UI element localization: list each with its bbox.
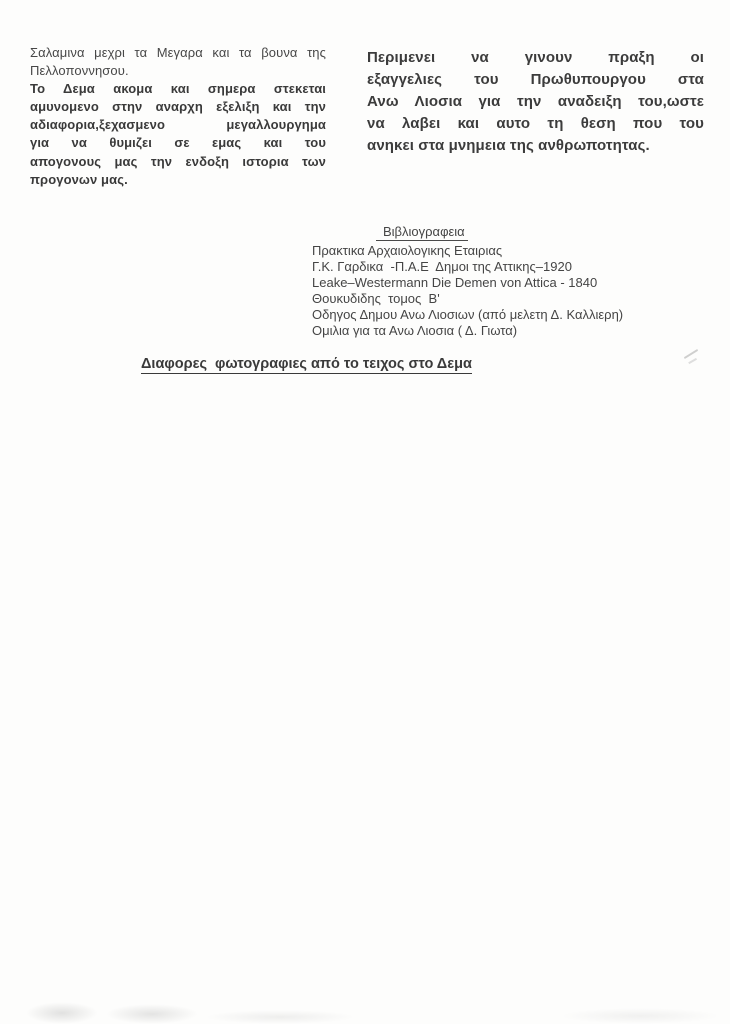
- paragraph-salamina: Σαλαμινα μεχρι τα Μεγαρα και τα βουνα τη…: [30, 44, 326, 80]
- bibliography-heading: Βιβλιογραφεια: [376, 224, 712, 241]
- right-text-column: Περιμενει να γινουν πραξη οι εξαγγελιες …: [367, 47, 704, 157]
- scan-smudge: [205, 1010, 355, 1024]
- left-text-column: Σαλαμινα μεχρι τα Μεγαρα και τα βουνα τη…: [30, 44, 326, 189]
- photos-section-heading-text: Διαφορες φωτογραφιες από το τειχος στο Δ…: [141, 356, 472, 374]
- scan-smudge: [560, 1008, 720, 1024]
- text-line: Ανω Λιοσια για την αναδειξη του,ωστε: [367, 91, 704, 113]
- bibliography-item: Οδηγος Δημου Ανω Λιοσιων (από μελετη Δ. …: [312, 307, 712, 323]
- text-line: Σαλαμινα μεχρι τα Μεγαρα και τα βουνα τη…: [30, 44, 326, 62]
- text-line: αμυνομενο στην αναρχη εξελιξη και την: [30, 98, 326, 116]
- bibliography-item: Θουκυδιδης τομος Β': [312, 291, 712, 307]
- bibliography-item: Ομιλια για τα Ανω Λιοσια ( Δ. Γιωτα): [312, 323, 712, 339]
- text-line: απογονους μας την ενδοξη ιστορια των: [30, 153, 326, 171]
- text-line: για να θυμιζει σε εμας και του: [30, 134, 326, 152]
- text-line: Περιμενει να γινουν πραξη οι: [367, 47, 704, 69]
- text-line: προγονων μας.: [30, 171, 326, 189]
- text-line: να λαβει και αυτο τη θεση που του: [367, 113, 704, 135]
- bibliography-heading-text: Βιβλιογραφεια: [376, 224, 468, 241]
- text-line: Πελλοποννησου.: [30, 62, 326, 80]
- scan-smudge: [26, 1002, 98, 1024]
- text-line: ανηκει στα μνημεια της ανθρωποτητας.: [367, 135, 704, 157]
- photos-section-heading: Διαφορες φωτογραφιες από το τειχος στο Δ…: [141, 356, 472, 374]
- bibliography-item: Πρακτικα Αρχαιολογικης Εταιριας: [312, 243, 712, 259]
- scanned-page: Σαλαμινα μεχρι τα Μεγαρα και τα βουνα τη…: [0, 0, 730, 1024]
- scan-smudge: [106, 1004, 198, 1024]
- text-line: Το Δεμα ακομα και σημερα στεκεται: [30, 80, 326, 98]
- bibliography-item: Γ.Κ. Γαρδικα -Π.Α.Ε Δημοι της Αττικης–19…: [312, 259, 712, 275]
- text-line: εξαγγελιες του Πρωθυπουργου στα: [367, 69, 704, 91]
- bibliography-item: Leake–Westermann Die Demen von Attica - …: [312, 275, 712, 291]
- paragraph-dema: Το Δεμα ακομα και σημερα στεκεται αμυνομ…: [30, 80, 326, 189]
- text-line: αδιαφορια,ξεχασμενο μεγαλλουργημα: [30, 116, 326, 134]
- bibliography-section: Βιβλιογραφεια Πρακτικα Αρχαιολογικης Ετα…: [312, 224, 712, 339]
- scan-smudge: [688, 358, 697, 364]
- scan-smudge: [684, 349, 699, 359]
